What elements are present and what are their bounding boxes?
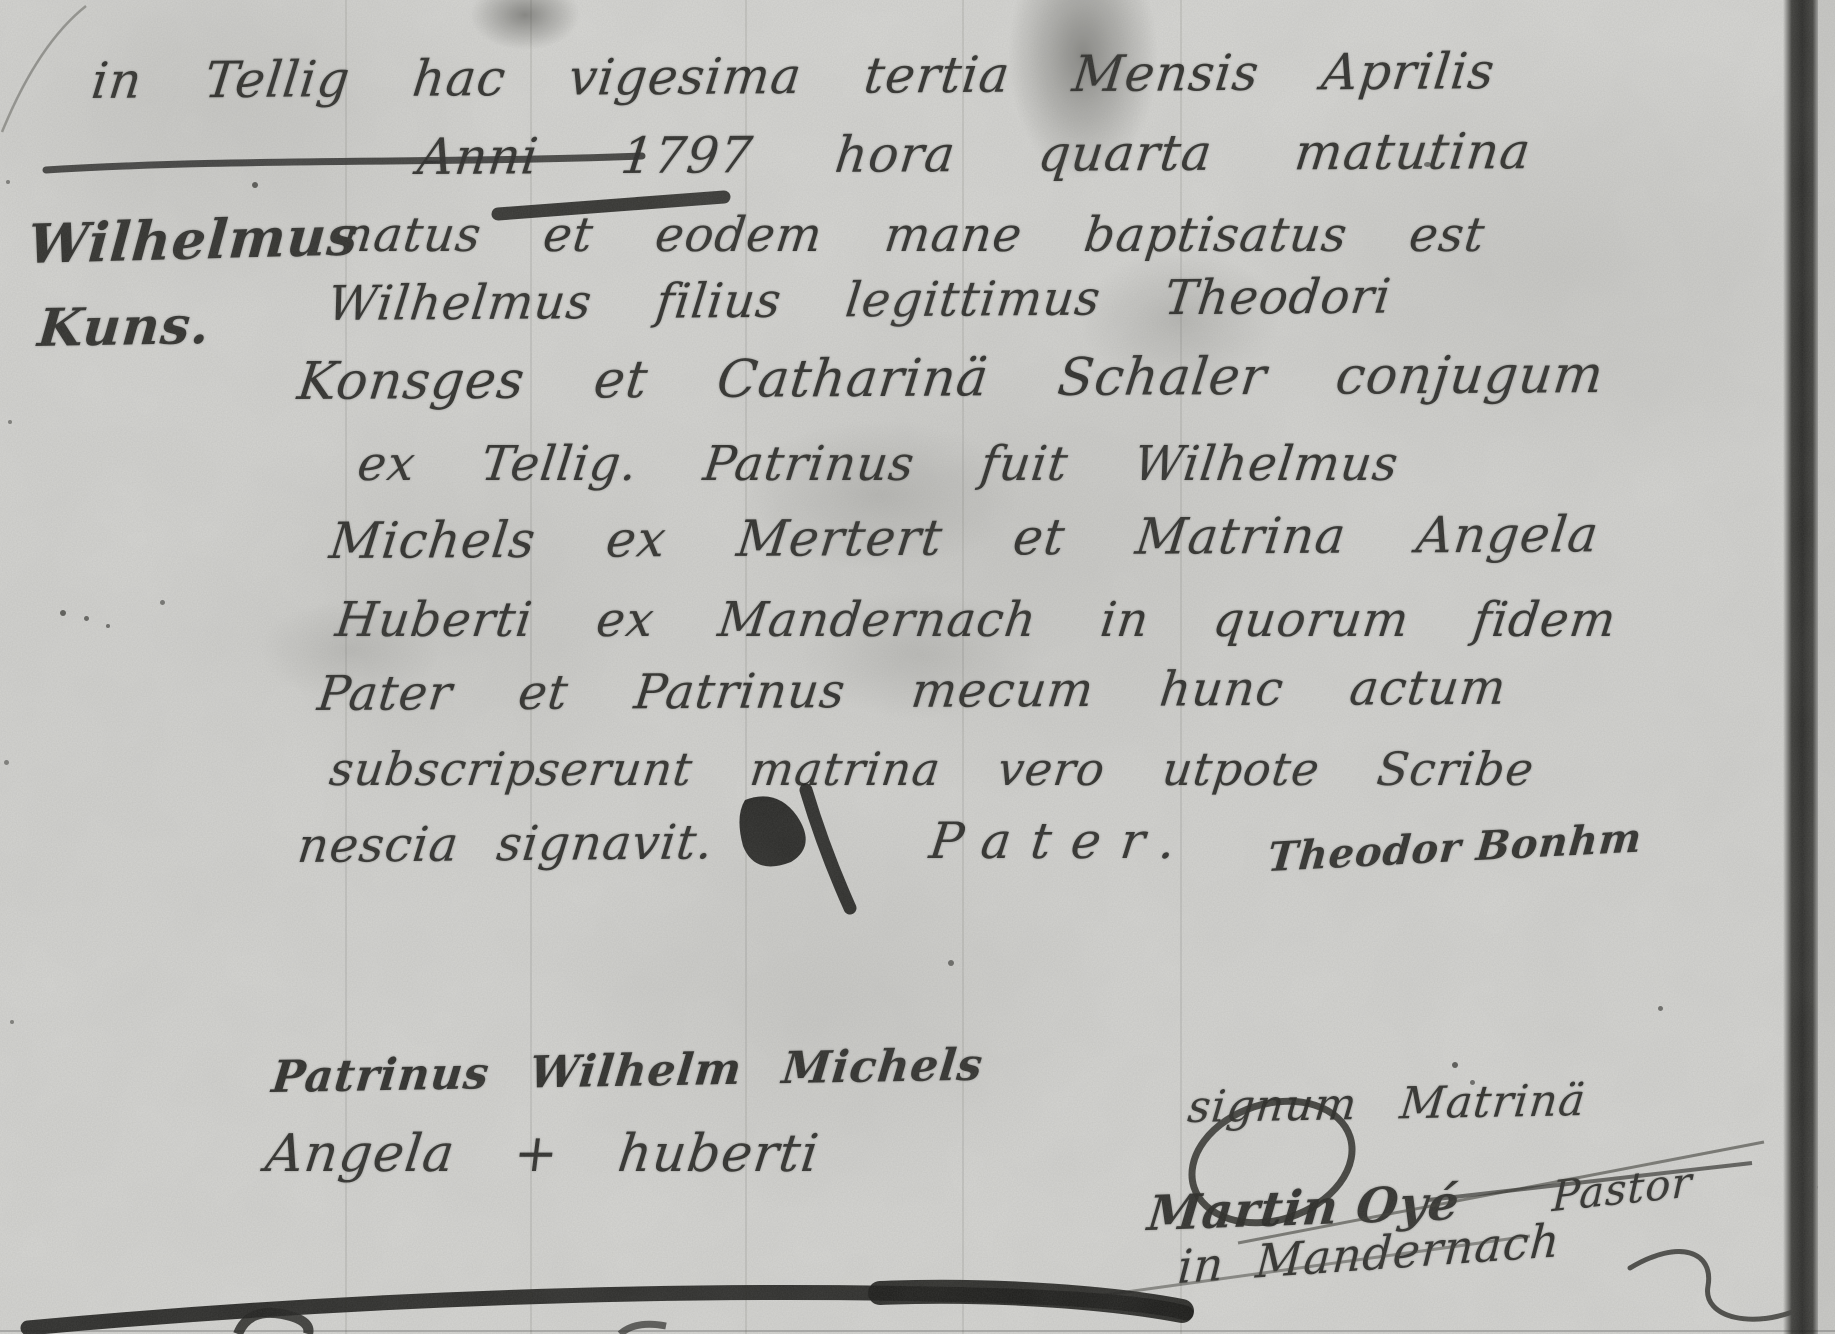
ink-speck [8,420,12,424]
ink-speck [10,1020,14,1024]
pater-label: Pater. [926,812,1198,870]
ink-speck [1424,162,1431,167]
ink-speck [6,180,10,184]
manuscript-line-10: subscripserunt matrina vero utpote Scrib… [327,742,1538,796]
scanned-manuscript-page: Wilhelmus Kuns. in Tellig hac vigesima t… [0,0,1835,1334]
ink-speck [4,760,9,765]
signum-matrina-label: signum Matrinä [1185,1075,1588,1133]
adjacent-page-strip [1818,0,1835,1334]
binding-shadow-band [1783,0,1818,1334]
margin-note-surname: Kuns. [35,295,212,359]
manuscript-line-11: nescia signavit. [295,814,717,874]
ink-speck [60,610,66,616]
ink-speck [948,960,954,966]
ink-speck [106,624,110,628]
ink-speck [252,182,258,188]
manuscript-line-6: ex Tellig. Patrinus fuit Wilhelmus [355,436,1402,492]
ink-speck [160,600,165,605]
ink-speck [1470,1080,1475,1085]
ink-speck [1658,1006,1663,1011]
matrina-mark-line: Angela + huberti [262,1124,822,1184]
scan-edge-line [0,1330,1835,1332]
manuscript-line-1: in Tellig hac vigesima tertia Mensis Apr… [89,42,1498,110]
ink-speck [84,616,89,621]
ink-speck [1452,1062,1458,1068]
manuscript-line-5: Konsges et Catharinä Schaler conjugum [294,345,1607,412]
manuscript-line-9: Pater et Patrinus mecum hunc actum [315,660,1510,722]
manuscript-line-7: Michels ex Mertert et Matrina Angela [327,505,1602,570]
manuscript-line-3: natus et eodem mane baptisatus est [339,207,1489,263]
margin-note-name: Wilhelmus [25,203,361,276]
manuscript-line-2: Anni 1797 hora quarta matutina [415,122,1535,186]
manuscript-line-8: Huberti ex Mandernach in quorum fidem [333,592,1620,648]
manuscript-line-4: Wilhelmus filius legittimus Theodori [325,269,1395,332]
